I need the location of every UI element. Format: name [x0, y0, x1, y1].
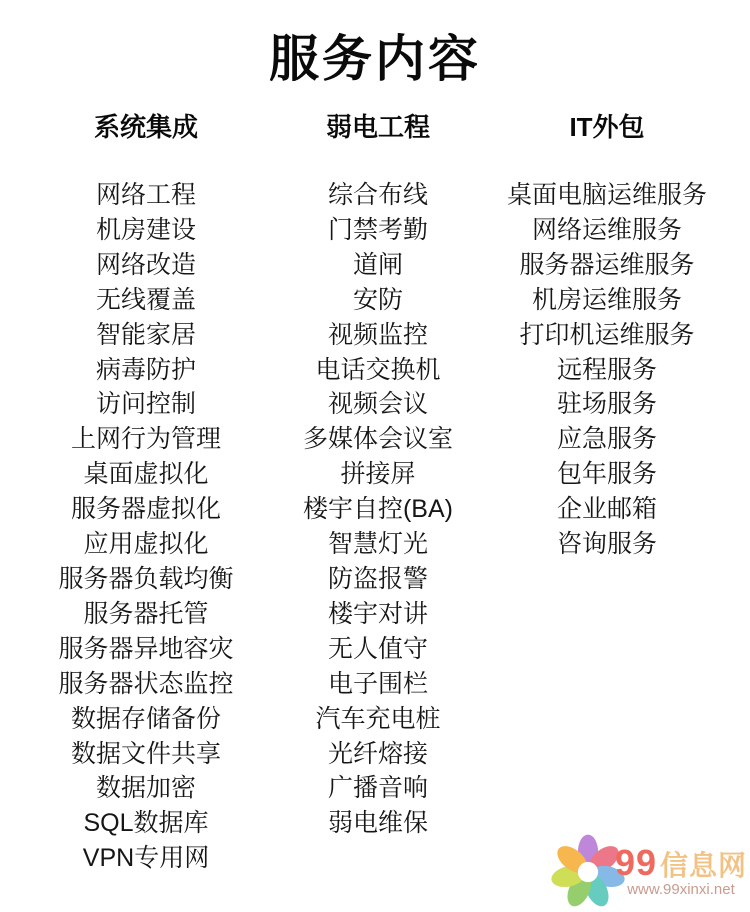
service-item: 弱电维保 — [292, 806, 464, 841]
service-item: 安防 — [292, 283, 464, 318]
service-item: 门禁考勤 — [292, 213, 464, 248]
service-item: 应用虚拟化 — [0, 527, 292, 562]
column-weak-current: 弱电工程 综合布线门禁考勤道闸安防视频监控电话交换机视频会议多媒体会议室拼接屏楼… — [292, 110, 464, 876]
service-item: 数据文件共享 — [0, 737, 292, 772]
service-item: 病毒防护 — [0, 353, 292, 388]
service-item: 访问控制 — [0, 387, 292, 422]
watermark-brand-number: 99 — [615, 847, 657, 879]
column-it-outsourcing: IT外包 桌面电脑运维服务网络运维服务服务器运维服务机房运维服务打印机运维服务远… — [464, 110, 750, 876]
watermark-brand-name: 信息网 — [660, 850, 747, 882]
service-item: 机房运维服务 — [464, 283, 750, 318]
service-item: 数据存储备份 — [0, 702, 292, 737]
service-item: 多媒体会议室 — [292, 422, 464, 457]
watermark: 99 信息网 www.99xinxi.net — [545, 834, 747, 910]
watermark-text: 99 信息网 www.99xinxi.net — [615, 847, 747, 898]
service-item: 上网行为管理 — [0, 422, 292, 457]
service-item: 服务器虚拟化 — [0, 492, 292, 527]
service-item: 咨询服务 — [464, 527, 750, 562]
column-system-integration: 系统集成 网络工程机房建设网络改造无线覆盖智能家居病毒防护访问控制上网行为管理桌… — [0, 110, 292, 876]
service-list: 综合布线门禁考勤道闸安防视频监控电话交换机视频会议多媒体会议室拼接屏楼宇自控(B… — [292, 178, 464, 841]
service-item: 广播音响 — [292, 771, 464, 806]
service-item: 应急服务 — [464, 422, 750, 457]
service-item: 光纤熔接 — [292, 737, 464, 772]
service-item: 智慧灯光 — [292, 527, 464, 562]
service-item: 楼宇自控(BA) — [292, 492, 464, 527]
service-item: 数据加密 — [0, 771, 292, 806]
service-item: 电子围栏 — [292, 667, 464, 702]
service-item: 无人值守 — [292, 632, 464, 667]
service-item: 驻场服务 — [464, 387, 750, 422]
service-item: 无线覆盖 — [0, 283, 292, 318]
service-item: 防盗报警 — [292, 562, 464, 597]
service-item: 网络工程 — [0, 178, 292, 213]
service-list: 桌面电脑运维服务网络运维服务服务器运维服务机房运维服务打印机运维服务远程服务驻场… — [464, 178, 750, 562]
service-item: 拼接屏 — [292, 457, 464, 492]
service-item: 电话交换机 — [292, 353, 464, 388]
service-item: 包年服务 — [464, 457, 750, 492]
service-item: 服务器托管 — [0, 597, 292, 632]
title-block: 服务内容 — [0, 0, 750, 110]
watermark-url: www.99xinxi.net — [627, 882, 735, 898]
service-item: 服务器负载均衡 — [0, 562, 292, 597]
service-item: 智能家居 — [0, 318, 292, 353]
service-item: VPN专用网 — [0, 841, 292, 876]
service-list: 网络工程机房建设网络改造无线覆盖智能家居病毒防护访问控制上网行为管理桌面虚拟化服… — [0, 178, 292, 876]
service-item: 汽车充电桩 — [292, 702, 464, 737]
column-header: IT外包 — [464, 110, 750, 145]
column-header: 弱电工程 — [292, 110, 464, 145]
service-item: 服务器异地容灾 — [0, 632, 292, 667]
service-item: 桌面电脑运维服务 — [464, 178, 750, 213]
service-item: SQL数据库 — [0, 806, 292, 841]
service-item: 综合布线 — [292, 178, 464, 213]
column-header: 系统集成 — [0, 110, 292, 145]
service-item: 视频监控 — [292, 318, 464, 353]
service-item: 服务器状态监控 — [0, 667, 292, 702]
service-item: 打印机运维服务 — [464, 318, 750, 353]
service-item: 桌面虚拟化 — [0, 457, 292, 492]
service-item: 服务器运维服务 — [464, 248, 750, 283]
service-item: 机房建设 — [0, 213, 292, 248]
service-item: 企业邮箱 — [464, 492, 750, 527]
page-title: 服务内容 — [269, 19, 481, 91]
service-item: 网络改造 — [0, 248, 292, 283]
watermark-brand: 99 信息网 — [615, 847, 747, 882]
service-columns: 系统集成 网络工程机房建设网络改造无线覆盖智能家居病毒防护访问控制上网行为管理桌… — [0, 110, 750, 876]
service-item: 道闸 — [292, 248, 464, 283]
service-item: 远程服务 — [464, 353, 750, 388]
service-item: 视频会议 — [292, 387, 464, 422]
service-item: 楼宇对讲 — [292, 597, 464, 632]
service-item: 网络运维服务 — [464, 213, 750, 248]
